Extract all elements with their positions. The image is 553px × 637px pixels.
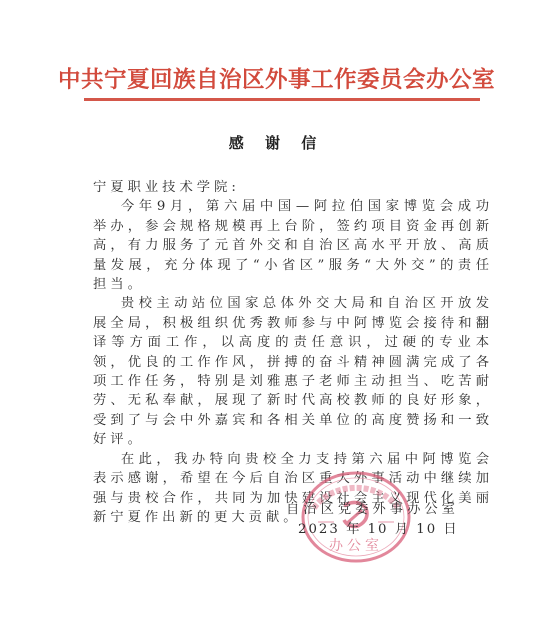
signature-block: 自治区党委外事办公室 2023 年 10 月 10 日	[286, 500, 459, 540]
salutation: 宁夏职业技术学院:	[93, 178, 493, 197]
paragraph-1: 今年9月，第六届中国—阿拉伯国家博览会成功举办，参会规格规模再上台阶，签约项目资…	[93, 197, 493, 294]
document-title: 感 谢 信	[0, 132, 553, 153]
issuer-name: 自治区党委外事办公室	[286, 500, 459, 520]
issue-date: 2023 年 10 月 10 日	[286, 520, 459, 540]
letterhead-red-rule	[84, 98, 480, 101]
letterhead-org-name: 中共宁夏回族自治区外事工作委员会办公室	[0, 62, 553, 94]
paragraph-2: 贵校主动站位国家总体外交大局和自治区开放发展全局，积极组织优秀教师参与中阿博览会…	[93, 294, 493, 449]
letter-body: 宁夏职业技术学院: 今年9月，第六届中国—阿拉伯国家博览会成功举办，参会规格规模…	[93, 178, 493, 527]
